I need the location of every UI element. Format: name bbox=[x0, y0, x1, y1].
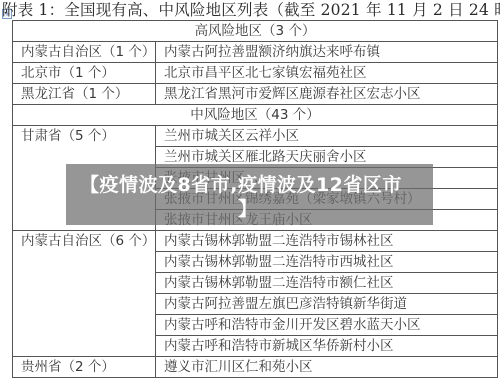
table-row: 贵州省（2 个） 遵义市汇川区仁和苑小区 bbox=[13, 357, 498, 378]
province-cell: 北京市（1 个） bbox=[13, 63, 156, 84]
section-title: 高风险地区（3 个） bbox=[13, 21, 498, 42]
area-cell: 内蒙古呼和浩特市新城区华侨新村小区 bbox=[156, 336, 498, 357]
table-caption: 附表 1：全国现有高、中风险地区列表（截至 2021 年 11 月 2 日 24… bbox=[2, 0, 500, 20]
area-cell: 遵义市汇川区仁和苑小区 bbox=[156, 357, 498, 378]
table-row: 甘肃省（5 个） 兰州市城关区云祥小区 bbox=[13, 126, 498, 147]
section-header-medium-risk: 中风险地区（43 个） bbox=[13, 105, 498, 126]
section-title: 中风险地区（43 个） bbox=[13, 105, 498, 126]
area-cell: 北京市昌平区北七家镇宏福苑社区 bbox=[156, 63, 498, 84]
area-cell: 内蒙古阿拉善盟额济纳旗达来呼布镇 bbox=[156, 42, 498, 63]
table-row: 北京市（1 个） 北京市昌平区北七家镇宏福苑社区 bbox=[13, 63, 498, 84]
area-cell: 内蒙古锡林郭勒盟二连浩特市西城社区 bbox=[156, 252, 498, 273]
province-cell: 内蒙古自治区（6 个） bbox=[13, 231, 156, 357]
province-cell: 黑龙江省（1 个） bbox=[13, 84, 156, 105]
section-header-high-risk: 高风险地区（3 个） bbox=[13, 21, 498, 42]
table-row: 内蒙古自治区（1 个） 内蒙古阿拉善盟额济纳旗达来呼布镇 bbox=[13, 42, 498, 63]
headline-overlay-text-end: 】 bbox=[238, 194, 257, 221]
area-cell: 内蒙古阿拉善盟左旗巴彦浩特镇新华街道 bbox=[156, 294, 498, 315]
area-cell: 黑龙江省黑河市爱辉区鹿源春社区宏志小区 bbox=[156, 84, 498, 105]
table-row: 黑龙江省（1 个） 黑龙江省黑河市爱辉区鹿源春社区宏志小区 bbox=[13, 84, 498, 105]
headline-overlay-text: 【疫情波及8省市,疫情波及12省区市 bbox=[80, 170, 402, 197]
area-cell: 内蒙古呼和浩特市金川开发区碧水蓝天小区 bbox=[156, 315, 498, 336]
area-cell: 内蒙古锡林郭勒盟二连浩特市锡林社区 bbox=[156, 231, 498, 252]
province-cell: 内蒙古自治区（1 个） bbox=[13, 42, 156, 63]
province-cell: 贵州省（2 个） bbox=[13, 357, 156, 378]
area-cell: 内蒙古锡林郭勒盟二连浩特市额仁社区 bbox=[156, 273, 498, 294]
table-row: 内蒙古自治区（6 个） 内蒙古锡林郭勒盟二连浩特市锡林社区 bbox=[13, 231, 498, 252]
area-cell: 兰州市城关区云祥小区 bbox=[156, 126, 498, 147]
